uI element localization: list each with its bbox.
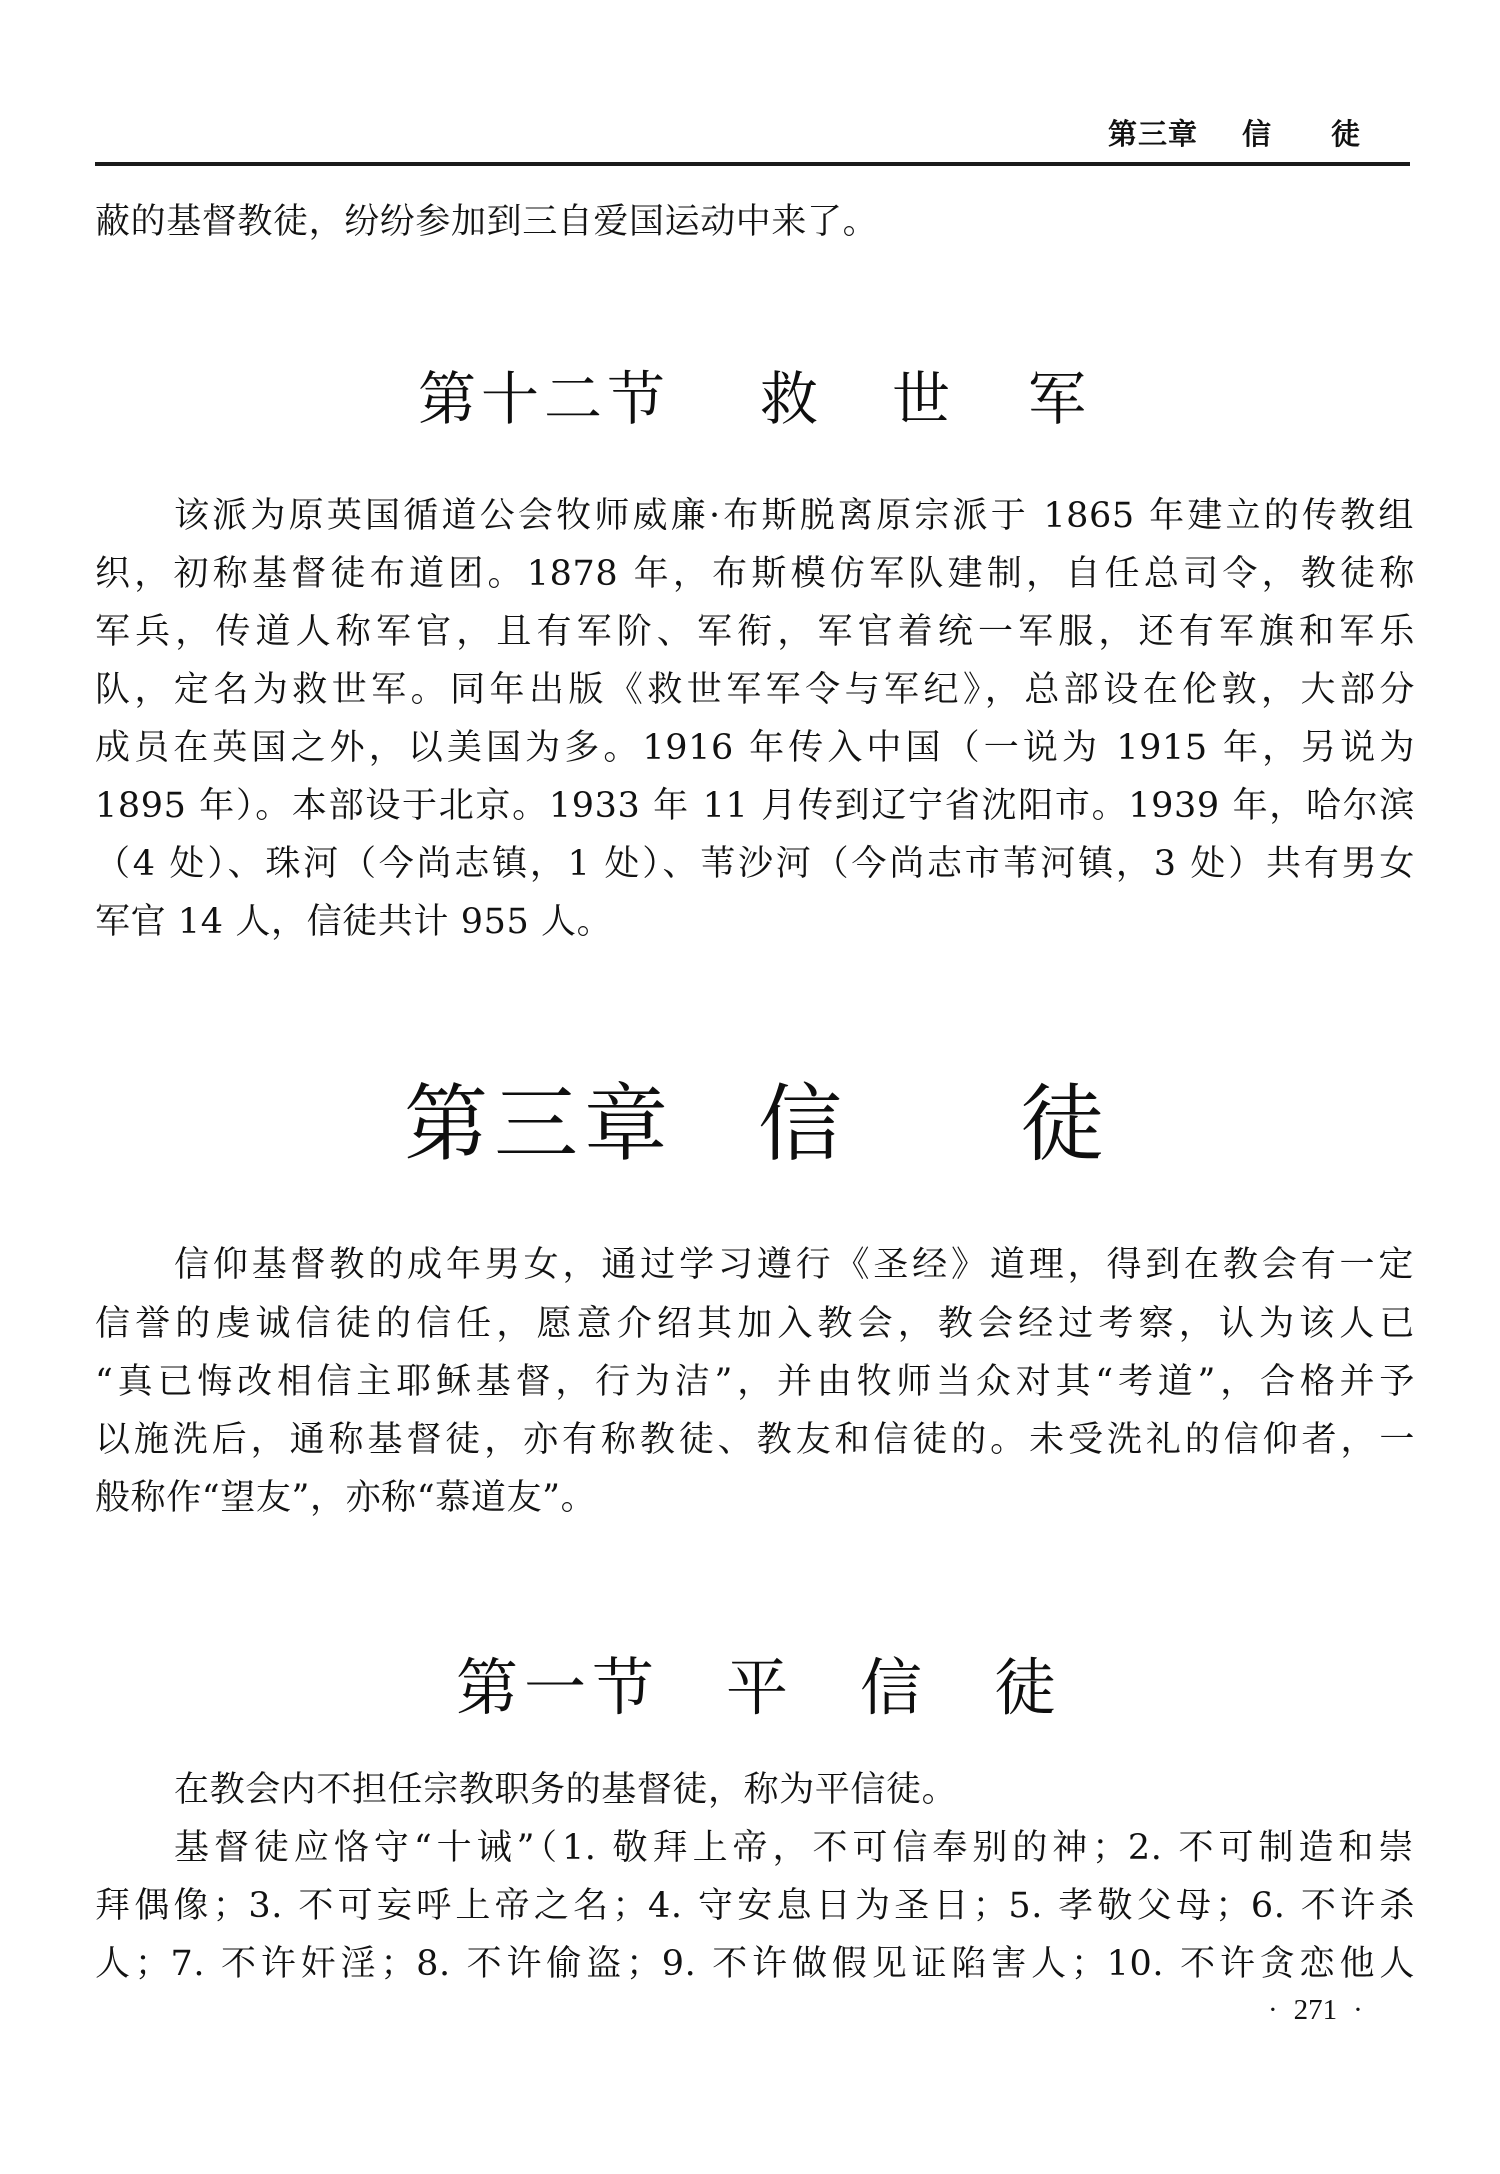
heading-char: 第 — [418, 364, 476, 434]
paragraph-line: 1895 年）。本部设于北京。1933 年 11 月传到辽宁省沈阳市。1939 … — [95, 786, 1415, 826]
heading-char: 信 — [758, 1074, 842, 1174]
paragraph-line: 在教会内不担任宗教职务的基督徒，称为平信徒。 — [174, 1770, 1414, 1810]
page-number-dot: · — [1268, 1992, 1278, 2028]
heading-char: 一 — [524, 1648, 586, 1728]
page-number-dot: · — [1353, 1992, 1363, 2028]
paragraph-line: 以施洗后，通称基督徒，亦有称教徒、教友和信徒的。未受洗礼的信仰者，一 — [95, 1420, 1415, 1460]
paragraph-line: 织，初称基督徒布道团。1878 年，布斯模仿军队建制，自任总司令，教徒称 — [95, 554, 1415, 594]
paragraph-line: 拜偶像；3. 不可妄呼上帝之名；4. 守安息日为圣日；5. 孝敬父母；6. 不许… — [95, 1886, 1415, 1926]
heading-char: 第 — [456, 1648, 518, 1728]
paragraph-line: 队，定名为救世军。同年出版《救世军军令与军纪》，总部设在伦敦，大部分 — [95, 670, 1415, 710]
running-head: 第三章 信 徒 — [1108, 108, 1360, 152]
heading-char: 三 — [494, 1074, 578, 1174]
heading-char: 十 — [481, 364, 539, 434]
paragraph-line: 成员在英国之外，以美国为多。1916 年传入中国（一说为 1915 年，另说为 — [95, 728, 1415, 768]
paragraph-line: 般称作“望友”，亦称“慕道友”。 — [95, 1478, 1415, 1518]
heading-char: 救 — [760, 364, 818, 434]
heading-char: 徒 — [1020, 1074, 1104, 1174]
paragraph-line: 军官 14 人，信徒共计 955 人。 — [95, 902, 1415, 942]
section-heading-1: 第 一 节 平 信 徒 — [0, 1648, 1500, 1728]
running-head-chapter: 第三章 — [1108, 116, 1198, 152]
page-number: ·271· — [1252, 1992, 1379, 2028]
chapter-heading: 第 三 章 信 徒 — [0, 1074, 1500, 1174]
paragraph-line: 信仰基督教的成年男女，通过学习遵行《圣经》道理，得到在教会有一定 — [174, 1245, 1414, 1285]
running-head-title-char: 信 — [1242, 116, 1271, 152]
header-rule — [95, 162, 1410, 166]
paragraph-line: “真已悔改相信主耶稣基督，行为洁”，并由牧师当众对其“考道”，合格并予 — [95, 1362, 1415, 1402]
heading-char: 节 — [592, 1648, 654, 1728]
heading-char: 军 — [1028, 364, 1086, 434]
running-head-title-char: 徒 — [1331, 116, 1360, 152]
heading-char: 节 — [607, 364, 665, 434]
paragraph-line: 该派为原英国循道公会牧师威廉·布斯脱离原宗派于 1865 年建立的传教组 — [174, 496, 1414, 536]
heading-char: 信 — [860, 1648, 922, 1728]
heading-char: 第 — [404, 1074, 488, 1174]
paragraph-line: （4 处）、珠河（今尚志镇，1 处）、苇沙河（今尚志市苇河镇，3 处）共有男女 — [95, 844, 1415, 884]
paragraph-line: 信誉的虔诚信徒的信任，愿意介绍其加入教会，教会经过考察，认为该人已 — [95, 1304, 1415, 1344]
paragraph-line: 军兵，传道人称军官，且有军阶、军衔，军官着统一军服，还有军旗和军乐 — [95, 612, 1415, 652]
section-heading-12: 第 十 二 节 救 世 军 — [0, 364, 1500, 434]
heading-char: 世 — [892, 364, 950, 434]
heading-char: 二 — [544, 364, 602, 434]
continuation-line: 蔽的基督教徒，纷纷参加到三自爱国运动中来了。 — [95, 202, 1415, 242]
page-number-value: 271 — [1294, 1994, 1338, 2026]
heading-char: 徒 — [994, 1648, 1056, 1728]
paragraph-line: 基督徒应恪守“十诫”（1. 敬拜上帝，不可信奉别的神；2. 不可制造和崇 — [174, 1828, 1414, 1868]
heading-char: 章 — [584, 1074, 668, 1174]
book-page: 第三章 信 徒 蔽的基督教徒，纷纷参加到三自爱国运动中来了。 第 十 二 节 救… — [0, 0, 1500, 2174]
heading-char: 平 — [726, 1648, 788, 1728]
paragraph-line: 人；7. 不许奸淫；8. 不许偷盗；9. 不许做假见证陷害人；10. 不许贪恋他… — [95, 1944, 1415, 1984]
